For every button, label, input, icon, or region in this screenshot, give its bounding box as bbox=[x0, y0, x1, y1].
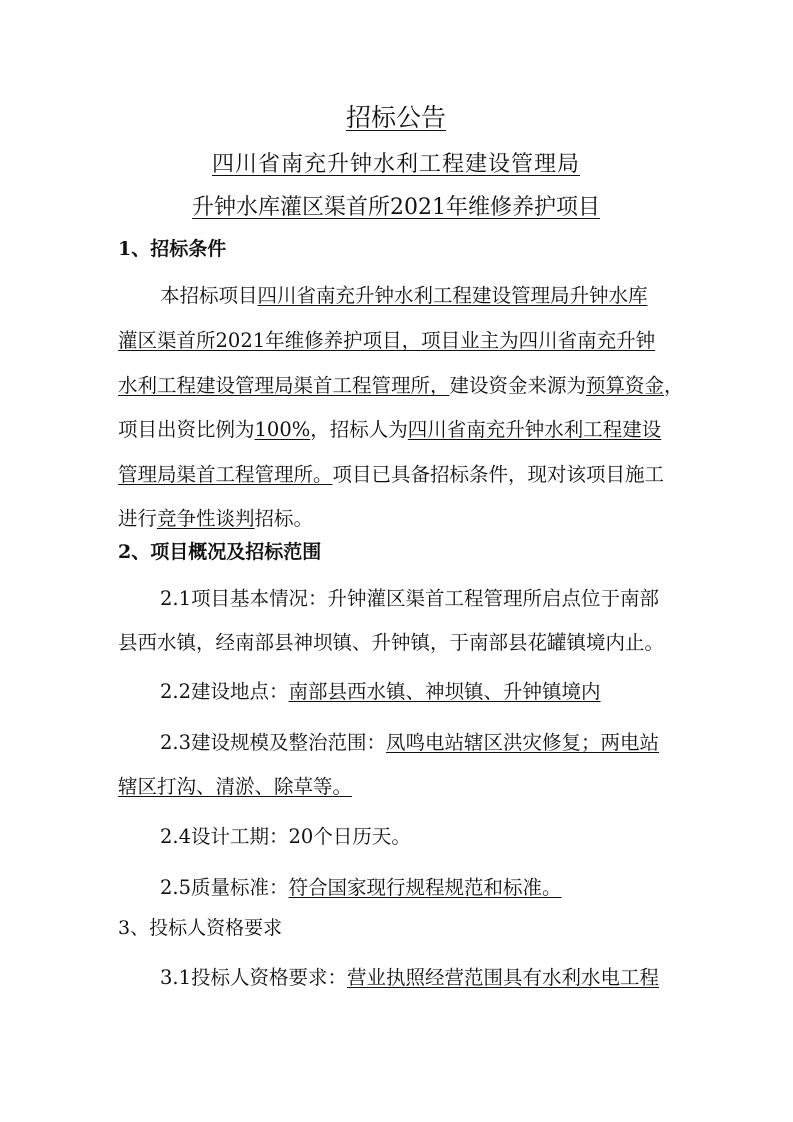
para-line: 管理局渠首工程管理所。项目已具备招标条件，现对该项目施工 bbox=[118, 459, 678, 487]
para-line: 进行竞争性谈判招标。 bbox=[118, 503, 678, 531]
item-label: 2.5质量标准： bbox=[160, 876, 289, 899]
underlined-text: 灌区渠首所2021年维修养护项目，项目业主为四川省南充升钟 bbox=[118, 329, 655, 352]
item-3-1: 3.1投标人资格要求：营业执照经营范围具有水利水电工程 bbox=[118, 962, 720, 990]
text: 招标。 bbox=[255, 507, 314, 530]
item-label: 3.1投标人资格要求： bbox=[160, 966, 347, 989]
item-label: 2.4设计工期： bbox=[160, 825, 289, 848]
item-2-4: 2.4设计工期：20个日历天。 bbox=[118, 821, 720, 849]
subtitle-1-text: 四川省南充升钟水利工程建设管理局 bbox=[212, 152, 580, 177]
text: 项目已具备招标条件，现对该项目施工 bbox=[333, 463, 665, 486]
text: ， bbox=[664, 374, 684, 397]
title-text: 招标公告 bbox=[346, 103, 446, 132]
para-line: 本招标项目四川省南充升钟水利工程建设管理局升钟水库 bbox=[118, 280, 720, 308]
item-value: 凤鸣电站辖区洪灾修复；两电站 bbox=[386, 731, 659, 754]
item-value: 升钟灌区渠首工程管理所启点位于南部 bbox=[328, 587, 660, 610]
item-value: 南部县西水镇、神坝镇、升钟镇境内 bbox=[289, 680, 601, 703]
text: 进行 bbox=[118, 507, 157, 530]
document-title: 招标公告 bbox=[118, 98, 674, 134]
item-value: 辖区打沟、清淤、除草等。 bbox=[118, 775, 352, 798]
item-value: 县西水镇，经南部县神坝镇、升钟镇，于南部县花罐镇境内止。 bbox=[118, 631, 664, 654]
document-subtitle-2: 升钟水库灌区渠首所2021年维修养护项目 bbox=[118, 190, 674, 221]
section-heading-3: 3、投标人资格要求 bbox=[118, 913, 282, 940]
text: 建设资金来源为 bbox=[450, 374, 587, 397]
item-value: 20个日历天。 bbox=[289, 825, 411, 848]
para-line: 项目出资比例为100%，招标人为四川省南充升钟水利工程建设 bbox=[118, 414, 678, 442]
text: 项目出资比例为 bbox=[118, 418, 255, 441]
item-2-2: 2.2建设地点：南部县西水镇、神坝镇、升钟镇境内 bbox=[118, 676, 720, 704]
item-label: 2.2建设地点： bbox=[160, 680, 289, 703]
underlined-text: 水利工程建设管理局渠首工程管理所， bbox=[118, 374, 450, 397]
item-2-1-cont: 县西水镇，经南部县神坝镇、升钟镇，于南部县花罐镇境内止。 bbox=[118, 627, 678, 655]
underlined-text: 管理局渠首工程管理所。 bbox=[118, 463, 333, 486]
underlined-text: 100% bbox=[255, 418, 311, 441]
section-heading-1: 1、招标条件 bbox=[118, 234, 226, 261]
para-line: 水利工程建设管理局渠首工程管理所，建设资金来源为预算资金， bbox=[118, 370, 678, 398]
para-line: 灌区渠首所2021年维修养护项目，项目业主为四川省南充升钟 bbox=[118, 325, 678, 353]
item-label: 2.1项目基本情况： bbox=[160, 587, 328, 610]
item-2-5: 2.5质量标准：符合国家现行规程规范和标准。 bbox=[118, 872, 720, 900]
text: 本招标项目 bbox=[160, 284, 258, 307]
item-value: 符合国家现行规程规范和标准。 bbox=[289, 876, 562, 899]
underlined-text: 竞争性谈判 bbox=[157, 507, 255, 530]
item-value: 营业执照经营范围具有水利水电工程 bbox=[347, 966, 659, 989]
underlined-text: 四川省南充升钟水利工程建设管理局升钟水库 bbox=[258, 284, 648, 307]
underlined-text: 四川省南充升钟水利工程建设 bbox=[408, 418, 662, 441]
item-2-3: 2.3建设规模及整治范围：凤鸣电站辖区洪灾修复；两电站 bbox=[118, 727, 720, 755]
item-label: 2.3建设规模及整治范围： bbox=[160, 731, 386, 754]
item-2-3-cont: 辖区打沟、清淤、除草等。 bbox=[118, 771, 678, 799]
section-heading-2: 2、项目概况及招标范围 bbox=[118, 537, 321, 564]
text: ，招标人为 bbox=[310, 418, 408, 441]
subtitle-2-text: 升钟水库灌区渠首所2021年维修养护项目 bbox=[192, 195, 600, 220]
item-2-1: 2.1项目基本情况：升钟灌区渠首工程管理所启点位于南部 bbox=[118, 583, 720, 611]
underlined-text: 预算资金 bbox=[586, 374, 664, 397]
document-subtitle-1: 四川省南充升钟水利工程建设管理局 bbox=[118, 147, 674, 178]
